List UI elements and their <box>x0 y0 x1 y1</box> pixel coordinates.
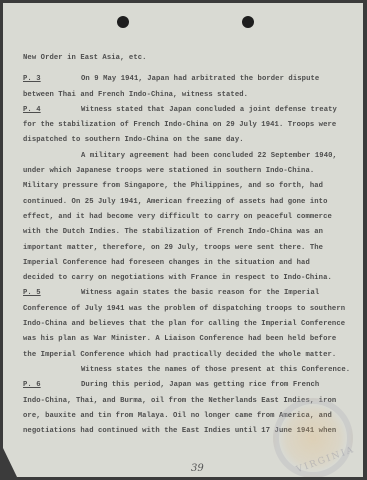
document-lines: P. 3On 9 May 1941, Japan had arbitrated … <box>23 72 355 439</box>
line-text: A military agreement had been concluded … <box>81 152 337 160</box>
line-text: the Imperial Conference which had practi… <box>23 351 336 359</box>
line-text: effect, and it had become very difficult… <box>23 213 332 221</box>
line-text: On 9 May 1941, Japan had arbitrated the … <box>81 75 319 83</box>
text-line: effect, and it had become very difficult… <box>23 210 355 225</box>
line-text: continued. On 25 July 1941, American fre… <box>23 198 328 206</box>
line-text: Indo-China and believes that the plan fo… <box>23 320 345 328</box>
text-line: Indo-China and believes that the plan fo… <box>23 317 355 332</box>
line-text: During this period, Japan was getting ri… <box>81 381 319 389</box>
text-line: Military pressure from Singapore, the Ph… <box>23 179 355 194</box>
line-text: dispatched to southern Indo-China on the… <box>23 136 244 144</box>
text-line: Conference of July 1941 was the problem … <box>23 302 355 317</box>
text-line: A military agreement had been concluded … <box>23 149 355 164</box>
text-line: with the Dutch Indies. The stabilization… <box>23 225 355 240</box>
text-line: P. 5Witness again states the basic reaso… <box>23 286 355 301</box>
line-text: Indo-China, Thai, and Burma, oil from th… <box>23 397 336 405</box>
text-line: for the stabilization of French Indo-Chi… <box>23 118 355 133</box>
text-line: P. 4Witness stated that Japan concluded … <box>23 103 355 118</box>
text-line: continued. On 25 July 1941, American fre… <box>23 195 355 210</box>
line-text: with the Dutch Indies. The stabilization… <box>23 228 323 236</box>
document-heading: New Order in East Asia, etc. <box>23 51 355 66</box>
line-text: Witness stated that Japan concluded a jo… <box>81 106 337 114</box>
page-number: 39 <box>191 463 204 474</box>
paragraph-label: P. 4 <box>23 103 81 118</box>
document-body: New Order in East Asia, etc. P. 3On 9 Ma… <box>23 51 355 439</box>
line-text: Imperial Conference had foreseen changes… <box>23 259 310 267</box>
text-line: dispatched to southern Indo-China on the… <box>23 133 355 148</box>
line-text: Witness states the names of those presen… <box>81 366 350 374</box>
text-line: between Thai and French Indo-China, witn… <box>23 88 355 103</box>
text-line: under which Japanese troops were station… <box>23 164 355 179</box>
line-text: between Thai and French Indo-China, witn… <box>23 91 248 99</box>
paragraph-label: P. 5 <box>23 286 81 301</box>
text-line: the Imperial Conference which had practi… <box>23 348 355 363</box>
line-text: under which Japanese troops were station… <box>23 167 314 175</box>
line-text: Military pressure from Singapore, the Ph… <box>23 182 323 190</box>
text-line: P. 3On 9 May 1941, Japan had arbitrated … <box>23 72 355 87</box>
text-line: Witness states the names of those presen… <box>23 363 355 378</box>
document-page: New Order in East Asia, etc. P. 3On 9 Ma… <box>3 3 363 477</box>
text-line: important matter, therefore, on 29 July,… <box>23 241 355 256</box>
punch-hole-left <box>117 16 129 28</box>
line-text: important matter, therefore, on 29 July,… <box>23 244 323 252</box>
text-line: P. 6During this period, Japan was gettin… <box>23 378 355 393</box>
paragraph-label: P. 3 <box>23 72 81 87</box>
text-line: was his plan as War Minister. A Liaison … <box>23 332 355 347</box>
text-line: Imperial Conference had foreseen changes… <box>23 256 355 271</box>
line-text: decided to carry on negotiations with Fr… <box>23 274 332 282</box>
punch-hole-right <box>242 16 254 28</box>
text-line: decided to carry on negotiations with Fr… <box>23 271 355 286</box>
paragraph-label: P. 6 <box>23 378 81 393</box>
line-text: Conference of July 1941 was the problem … <box>23 305 345 313</box>
line-text: was his plan as War Minister. A Liaison … <box>23 335 336 343</box>
line-text: Witness again states the basic reason fo… <box>81 289 319 297</box>
line-text: for the stabilization of French Indo-Chi… <box>23 121 336 129</box>
